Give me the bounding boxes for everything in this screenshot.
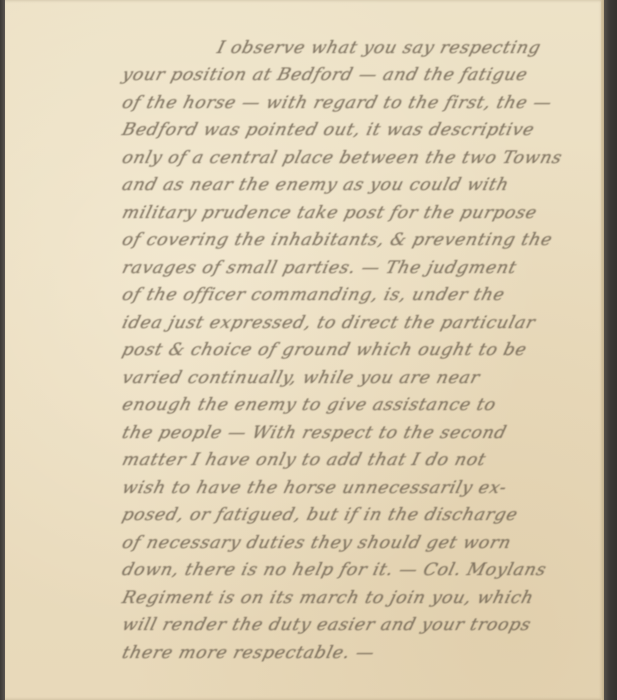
manuscript-line: wish to have the horse unnecessarily ex- xyxy=(120,478,509,498)
manuscript-line: idea just expressed, to direct the parti… xyxy=(120,313,538,333)
manuscript-line: the people — With respect to the second xyxy=(120,423,509,443)
manuscript-line: matter I have only to add that I do not xyxy=(120,450,488,470)
manuscript-line: I observe what you say respecting xyxy=(215,38,543,58)
handwritten-text-block: I observe what you say respectingyour po… xyxy=(5,0,604,700)
document-viewer: I observe what you say respectingyour po… xyxy=(0,0,617,700)
manuscript-page: I observe what you say respectingyour po… xyxy=(5,0,604,700)
manuscript-line: will render the duty easier and your tro… xyxy=(120,615,533,635)
manuscript-line: varied continually, while you are near xyxy=(120,368,482,388)
manuscript-line: Bedford was pointed out, it was descript… xyxy=(120,120,537,140)
manuscript-line: ravages of small parties. — The judgment xyxy=(120,258,519,278)
manuscript-line: posed, or fatigued, but if in the discha… xyxy=(120,505,520,525)
manuscript-line: only of a central place between the two … xyxy=(120,148,564,168)
manuscript-line: down, there is no help for it. — Col. Mo… xyxy=(120,560,549,580)
manuscript-line: enough the enemy to give assistance to xyxy=(120,395,498,415)
manuscript-line: of necessary duties they should get worn xyxy=(120,533,513,553)
right-frame-border xyxy=(604,0,617,700)
manuscript-line: there more respectable. — xyxy=(120,643,377,663)
manuscript-line: military prudence take post for the purp… xyxy=(120,203,539,223)
manuscript-line: your position at Bedford — and the fatig… xyxy=(120,65,530,85)
manuscript-line: and as near the enemy as you could with xyxy=(120,175,511,195)
manuscript-line: of the horse — with regard to the first,… xyxy=(120,93,554,113)
manuscript-line: of covering the inhabitants, & preventin… xyxy=(120,230,555,250)
manuscript-line: of the officer commanding, is, under the xyxy=(120,285,507,305)
manuscript-line: Regiment is on its march to join you, wh… xyxy=(120,588,536,608)
manuscript-line: post & choice of ground which ought to b… xyxy=(120,340,529,360)
